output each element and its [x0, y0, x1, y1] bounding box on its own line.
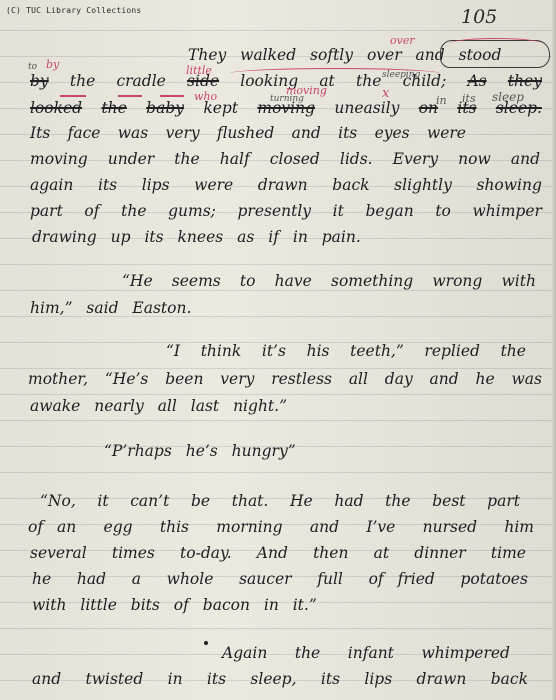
word: very: [166, 124, 200, 142]
word: it’s: [262, 342, 286, 360]
word: all: [349, 370, 368, 388]
line-text: drawing up its knees as if in pain.: [32, 228, 361, 246]
word: be: [191, 492, 210, 510]
line-12: mother, “He’s been very restless all day…: [28, 370, 542, 388]
word: were: [194, 176, 233, 194]
red-underline: [160, 95, 184, 97]
word: showing: [477, 176, 542, 194]
word: again: [30, 176, 73, 194]
word: times: [112, 544, 155, 562]
word: full: [317, 570, 343, 588]
word: the: [70, 72, 95, 90]
word: the: [174, 150, 199, 168]
line-text: with little bits of bacon in it.”: [32, 596, 317, 614]
word: part: [487, 492, 520, 510]
word: of an: [28, 518, 76, 536]
line-15: “No, it can’t be that. He had the best p…: [40, 492, 520, 510]
word: gums;: [168, 202, 216, 220]
line-9: “He seems to have something wrong with: [122, 272, 536, 290]
word: a: [132, 570, 141, 588]
word: can’t: [130, 492, 169, 510]
word: and: [32, 670, 61, 688]
word: had: [334, 492, 363, 510]
word: flushed: [217, 124, 274, 142]
word: infant: [348, 644, 394, 662]
word: uneasily: [334, 99, 399, 117]
word: been: [165, 370, 203, 388]
word: “I: [166, 342, 180, 360]
page-number: 105: [461, 6, 497, 28]
word: then: [313, 544, 348, 562]
word: cradle: [116, 72, 165, 90]
word: on: [419, 99, 438, 117]
word: was: [118, 124, 148, 142]
word: its: [321, 670, 340, 688]
word: the: [101, 99, 126, 117]
line-20: Again the infant whimpered: [222, 644, 510, 662]
word: “He: [122, 272, 153, 290]
word: back: [332, 176, 369, 194]
red-underline: [118, 95, 142, 97]
word: “He’s: [105, 370, 149, 388]
word: the: [385, 492, 410, 510]
word: and: [430, 370, 459, 388]
word: presently: [238, 202, 312, 220]
word: twisted: [86, 670, 144, 688]
word: And: [257, 544, 288, 562]
word: that.: [232, 492, 269, 510]
word: lips: [364, 670, 392, 688]
word: think: [201, 342, 242, 360]
word: was: [511, 370, 541, 388]
word: baby: [146, 99, 184, 117]
word: to: [240, 272, 256, 290]
line-10: him,” said Easton.: [30, 299, 191, 317]
line-7: part of the gums; presently it began to …: [30, 202, 542, 220]
line-text: awake nearly all last night.”: [30, 397, 287, 415]
word: and: [292, 124, 321, 142]
line-18: he had a whole saucer full of fried pota…: [32, 570, 528, 588]
paragraph-mark: [204, 641, 208, 645]
word: lips: [142, 176, 170, 194]
word: this: [160, 518, 189, 536]
word: child;: [403, 72, 447, 90]
word: in: [168, 670, 183, 688]
word: wrong: [432, 272, 482, 290]
word: began: [365, 202, 413, 220]
word: to-day.: [180, 544, 232, 562]
word: closed: [270, 150, 320, 168]
correction-over: over: [390, 34, 415, 47]
word: morning: [216, 518, 282, 536]
word: sleep.: [496, 99, 542, 117]
word: As: [467, 72, 486, 90]
manuscript-page: (C) TUC Library Collections 105 They wal…: [0, 0, 556, 700]
word: Every: [393, 150, 438, 168]
word: lids.: [340, 150, 373, 168]
word: seems: [172, 272, 221, 290]
word: teeth,”: [350, 342, 404, 360]
word: his: [307, 342, 330, 360]
word: its: [457, 99, 476, 117]
correction-by: by: [46, 58, 59, 71]
line-text: him,” said Easton.: [30, 299, 191, 317]
word: it: [97, 492, 108, 510]
line-16: of an egg this morning and I’ve nursed h…: [28, 518, 534, 536]
word: drawn: [417, 670, 467, 688]
word: by: [30, 72, 49, 90]
word: mother,: [28, 370, 88, 388]
word: and: [310, 518, 339, 536]
word: Again: [222, 644, 267, 662]
word: at: [374, 544, 389, 562]
word: saucer: [239, 570, 291, 588]
word: replied: [424, 342, 480, 360]
word: moving: [257, 99, 315, 117]
word: of: [84, 202, 99, 220]
word: back: [491, 670, 528, 688]
word: moving: [30, 150, 88, 168]
word: kept: [203, 99, 238, 117]
word: several: [30, 544, 87, 562]
word: something: [331, 272, 413, 290]
line-8: drawing up its knees as if in pain.: [32, 228, 361, 246]
word: the: [121, 202, 146, 220]
word: looked: [30, 99, 82, 117]
page-edge: [552, 0, 556, 700]
word: him: [504, 518, 534, 536]
word: whole: [167, 570, 214, 588]
word: now: [458, 150, 491, 168]
word: best: [432, 492, 465, 510]
line-17: several times to-day. And then at dinner…: [30, 544, 526, 562]
correction-to: to: [28, 62, 37, 72]
word: dinner: [414, 544, 465, 562]
word: side: [187, 72, 219, 90]
word: of fried: [369, 570, 435, 588]
line-text: “P’rhaps he’s hungry”: [104, 442, 296, 460]
word: the: [295, 644, 320, 662]
word: have: [275, 272, 312, 290]
word: egg: [104, 518, 133, 536]
word: time: [491, 544, 526, 562]
line-21: and twisted in its sleep, its lips drawn…: [32, 670, 528, 688]
word: whimpered: [421, 644, 510, 662]
line-14: “P’rhaps he’s hungry”: [104, 442, 296, 460]
word: its: [207, 670, 226, 688]
word: to: [435, 202, 451, 220]
line-19: with little bits of bacon in it.”: [32, 596, 317, 614]
word: with: [501, 272, 535, 290]
word: Its: [30, 124, 50, 142]
line-11: “I think it’s his teeth,” replied the: [166, 342, 526, 360]
word: potatoes: [461, 570, 528, 588]
word: I’ve: [366, 518, 395, 536]
copyright-watermark: (C) TUC Library Collections: [6, 6, 141, 15]
line-13: awake nearly all last night.”: [30, 397, 287, 415]
word: half: [220, 150, 250, 168]
line-6: again its lips were drawn back slightly …: [30, 176, 542, 194]
word: under: [108, 150, 154, 168]
word: the: [501, 342, 526, 360]
line-5: moving under the half closed lids. Every…: [30, 150, 540, 168]
word: restless: [271, 370, 332, 388]
word: slightly: [394, 176, 452, 194]
word: he: [475, 370, 494, 388]
word: “No,: [40, 492, 76, 510]
red-underline: [60, 95, 86, 97]
word: drawn: [258, 176, 308, 194]
word: and: [511, 150, 540, 168]
word: its: [98, 176, 117, 194]
word: were: [427, 124, 466, 142]
word: very: [220, 370, 254, 388]
word: He: [290, 492, 313, 510]
word: the: [356, 72, 381, 90]
correction-moving: moving: [286, 84, 327, 97]
word: face: [68, 124, 101, 142]
word: its: [338, 124, 357, 142]
word: nursed: [423, 518, 477, 536]
line-3: looked the baby kept moving uneasily on …: [30, 99, 542, 117]
word: sleep,: [250, 670, 296, 688]
word: he: [32, 570, 51, 588]
word: whimper: [473, 202, 542, 220]
red-scribble: [450, 38, 542, 49]
word: eyes: [375, 124, 410, 142]
word: it: [333, 202, 344, 220]
word: part: [30, 202, 63, 220]
line-4: Its face was very flushed and its eyes w…: [30, 124, 466, 142]
word: had: [77, 570, 106, 588]
word: day: [385, 370, 413, 388]
word: they: [508, 72, 542, 90]
